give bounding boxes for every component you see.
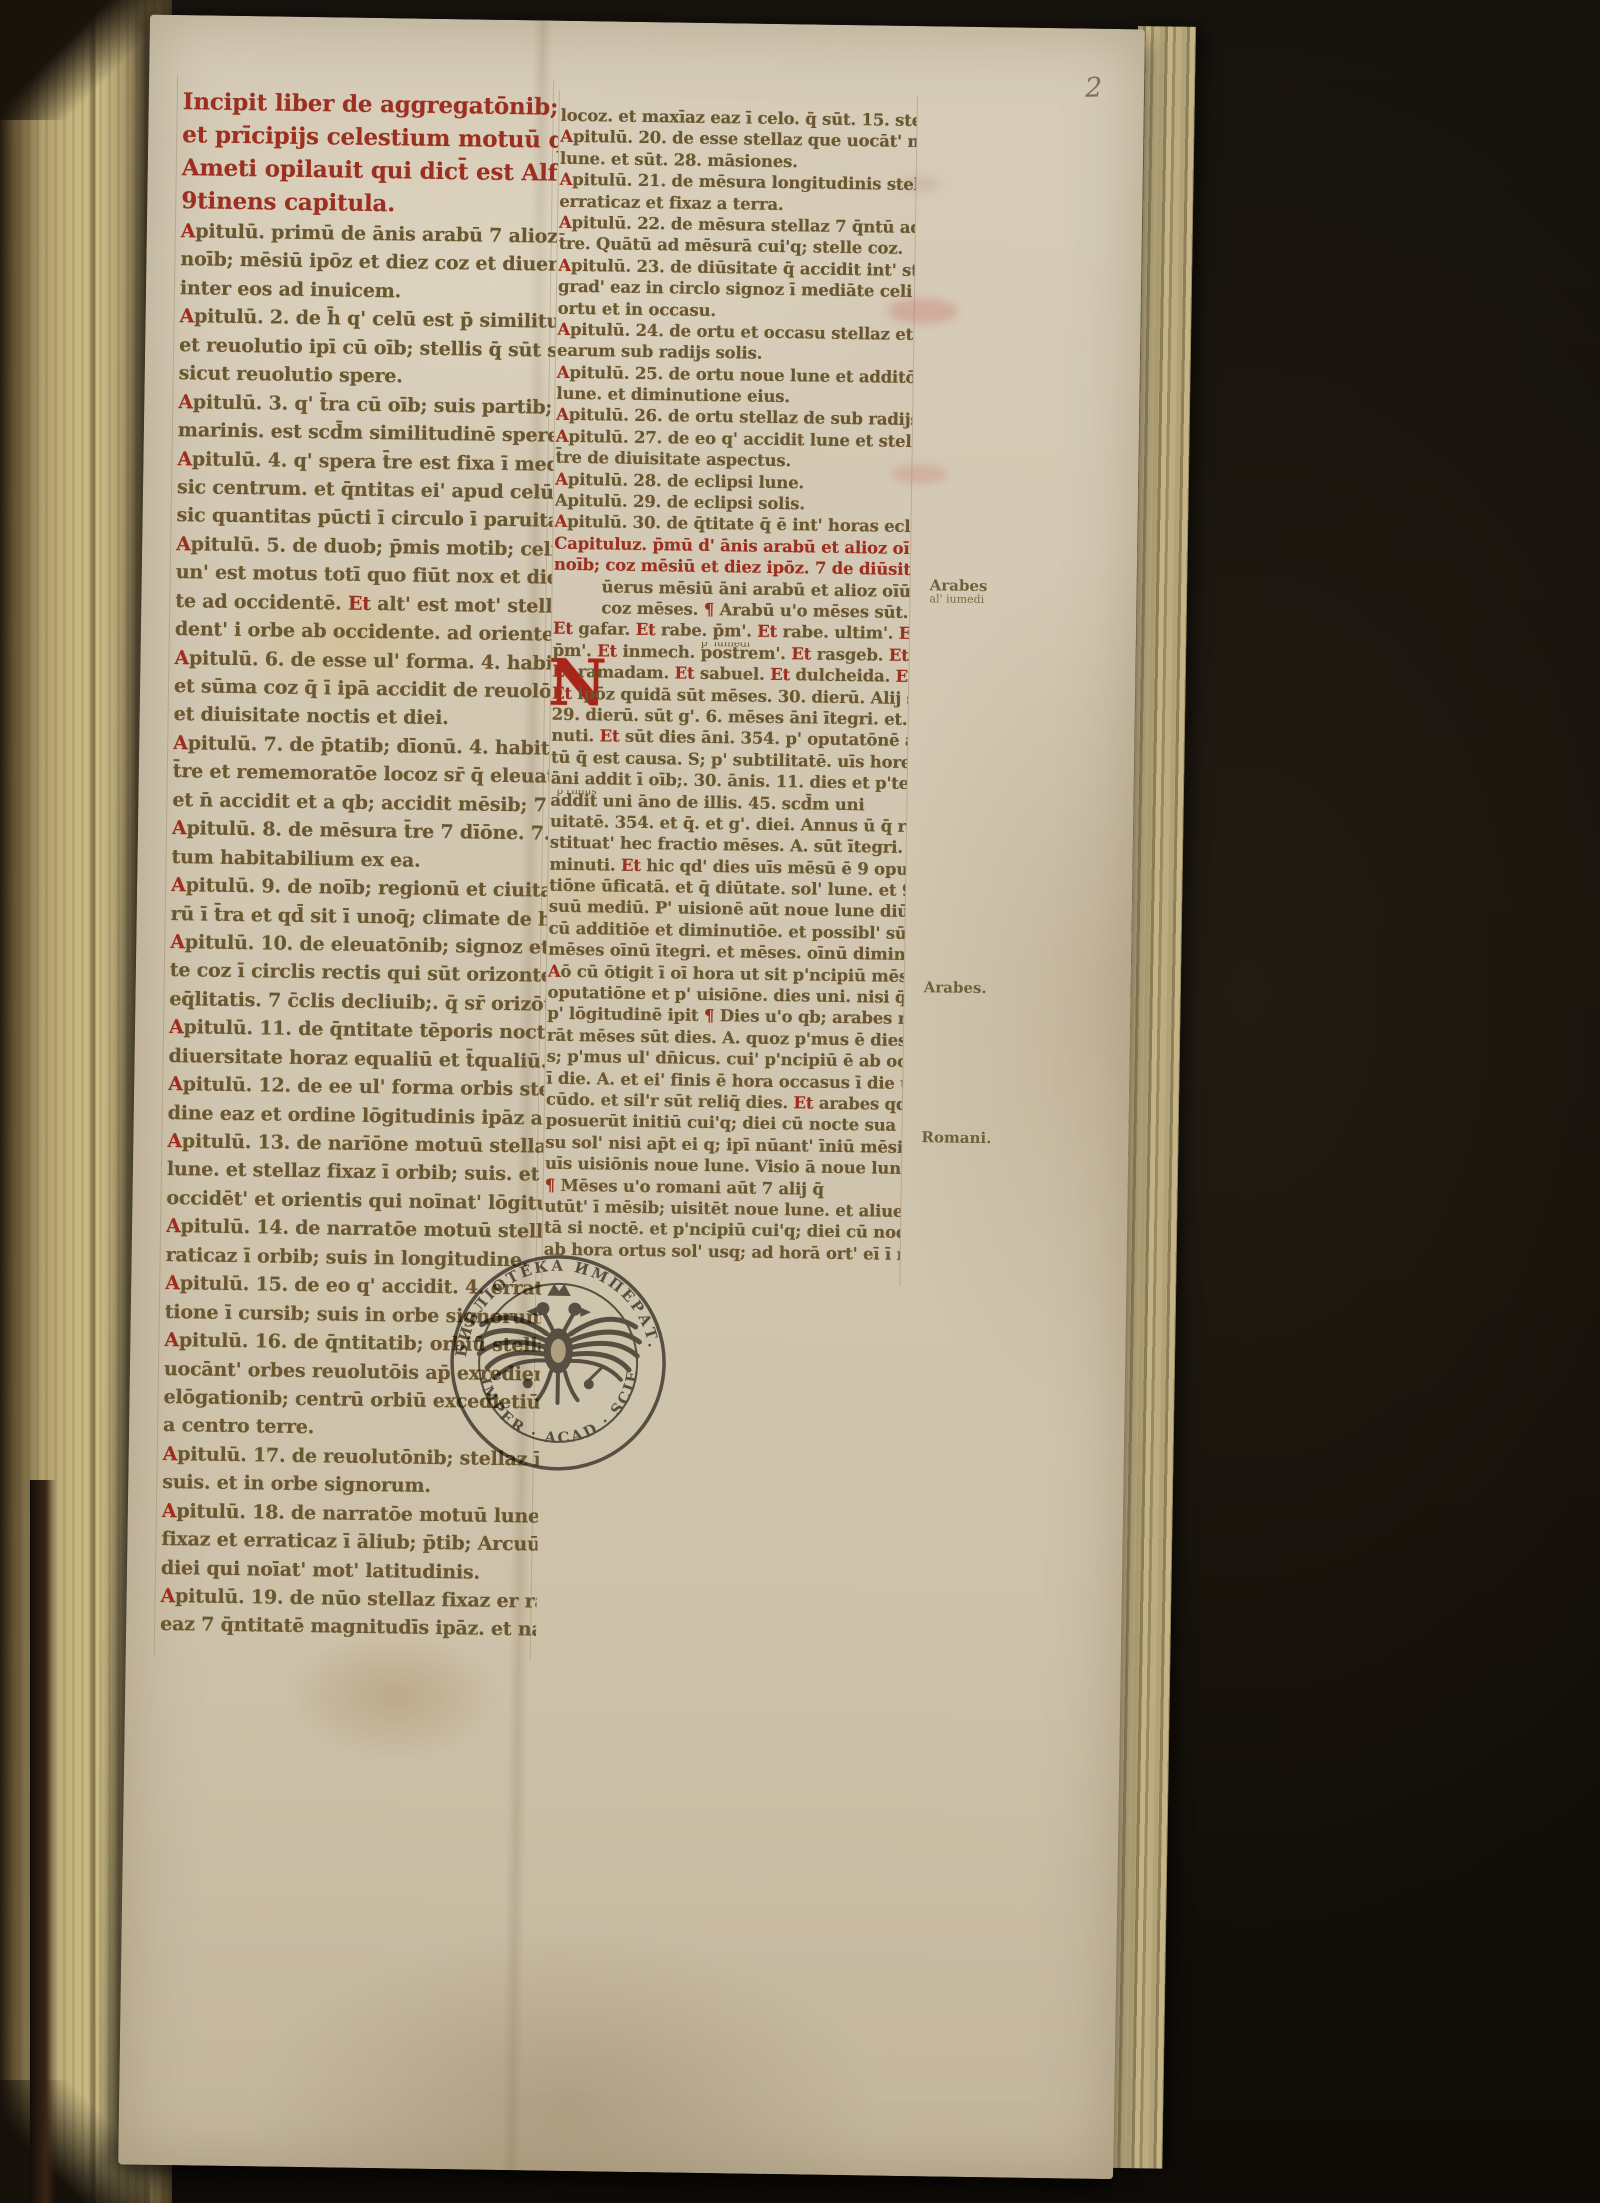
ink-segment: earum sub radijs solis. [557,341,762,363]
ink-segment: Apitulū. 12. de ee ul' forma orbis stell… [168,1073,544,1102]
ink-segment: te ad occidentē. [175,590,348,615]
rubric-segment: Et [552,683,572,702]
ink-segment: dent' i orbe ab occidente. ad orientem. [175,618,551,646]
rubric-segment: Et [674,664,694,683]
ink-segment: et sūma coz q̄ ī ipā accidit de reuolōne… [174,675,550,704]
ink-segment: occidēt' et orientis qui noīnat' lōgitud… [166,1187,542,1216]
ink-segment: lune. et stellaz fixaz ī orbib; suis. et… [167,1158,543,1188]
ink-segment: et n̄ accidit et a qb; accidit mēsib; 7 … [172,789,548,818]
ink-segment: Apitulū. 18. de narratōe motuū lune et s… [162,1500,538,1529]
rubric-line: Ameti opilauit qui dict̄ est Alfagranus.… [182,151,558,190]
ink-segment: sabuel. [694,664,770,684]
rubric-segment: Et [597,641,617,660]
margin-note: Arabes. [924,978,987,997]
ink-segment: lune. et sūt. 28. māsiones. [560,148,798,171]
ink-segment: Apitulū. 8. de mēsura t̄re 7 dīōne. 7. c… [172,817,548,846]
margin-notes [150,15,1145,30]
ink-segment: te coz ī circlis rectis qui sūt orizonte… [170,959,546,988]
ink-segment: nuti. [551,726,599,746]
rubric-line: 9tinens capitula. [181,184,557,223]
rubric-segment: Et [599,727,619,746]
ink-segment: arabes qd' sil'r [813,1094,902,1115]
ink-segment: erraticaz et fixaz a terra. [559,191,783,213]
rubric-segment: Et [899,624,909,643]
cover-crease [88,0,102,2203]
ink-segment: Arabū u'o mēses sūt. Almuharam. [719,600,909,623]
rubric-segment: Ameti opilauit qui dict̄ est Alfagranus.… [182,154,558,189]
ink-segment: ortu et in occasu. [558,298,716,319]
rubric-segment: Incipit liber de aggregatōnib; scīe stel… [183,88,559,123]
ink-segment: Apitulū. 3. q' t̄ra cū oīb; suis partib;… [178,391,554,419]
spine-edge [30,1480,56,2203]
interlinear-gloss: p'rimus [556,789,596,802]
ink-segment: a centro terre. [163,1414,314,1438]
rubric-segment: Et [895,667,908,686]
rubric-segment: ¶ [545,1175,561,1194]
parchment-page: 2 Incipit liber de aggregatōnib; scīe st… [118,15,1145,2180]
interlinear-gloss: p' iumedi [701,639,751,654]
ink-segment: lune. et diminutione eius. [556,384,790,406]
ink-segment: un' est motus totī quo fiūt nox et dies … [176,561,552,590]
rubric-segment: 9tinens capitula. [181,187,395,217]
ink-segment: Apitulū. 5. de duob; p̄mis motib; celi. … [176,533,552,562]
ink-segment: cūdo. et sil'r sūt reliq̄ dies. [546,1090,794,1113]
ink-segment: Apitulū. 10. de eleuatōnib; signoz et di… [170,931,546,960]
ink-segment: et reuolutio ipī cū oīb; stellis q̄ sūt … [179,334,555,363]
manuscript-photo: 2 Incipit liber de aggregatōnib; scīe st… [0,0,1600,2203]
ink-segment: hic qd' dies uīs mēsū ē 9 oputa [641,856,906,879]
ink-segment: fixaz et erraticaz ī āliub; p̄tib; Arcuū… [161,1528,537,1557]
ink-segment: coz mēses. [601,598,704,619]
ink-segment: sic centrum. et q̄ntitas ei' apud celū. … [177,476,553,504]
ink-segment: Apitulū. 4. q' spera t̄re est fixa ī med… [177,448,553,478]
margin-note-sub: al' iumedi [929,592,987,606]
rubric-segment: Et [791,644,811,663]
ink-segment: dulcheida. [790,665,896,686]
ink-segment: sic quantitas pūcti ī circulo ī paruitat… [176,504,552,532]
ink-segment: Apitulū. 9. de noīb; regionū et ciuitatū… [171,874,547,903]
ink-segment: Apitulū. 6. de esse ul' forma. 4. habita… [174,647,550,676]
ink-segment: rabe. p̄m'. [655,621,757,642]
rubric-line: et prīcipijs celestium motuū que Amet fi… [182,118,558,157]
ink-segment: diuersitate horaz equaliū et t̄qualiū. [168,1045,544,1073]
ink-segment: Apitulū. 14. de narratōe motuū stellaz. … [166,1215,542,1244]
rubric-segment: Et [348,592,371,614]
ink-segment: marinis. est scd̄m similitudinē spere. [178,419,554,447]
ink-segment: Apitulū. 11. de q̄ntitate tēporis noctis… [169,1016,545,1045]
ink-segment: p̄m'. [553,640,598,660]
rubric-segment: Et [757,622,777,641]
rubric-line: Incipit liber de aggregatōnib; scīe stel… [183,85,559,124]
ink-segment: sicut reuolutio spere. [179,362,403,387]
ink-segment: inter eos ad inuicem. [180,277,401,302]
rubric-segment: Et [889,645,909,664]
ink-segment: Apitulū. 19. de nūo stellaz fixaz er rat… [160,1585,536,1614]
ink-segment: t̄re et rememoratōe locoz sr̄ q̄ eleuat'… [173,760,549,789]
ink-segment: rabe. ultim'. [777,622,899,643]
ink-segment: et diuisitate noctis et diei. [174,703,449,729]
ink-segment: Apitulū. 7. de p̄tatib; dīonū. 4. habita… [173,732,549,760]
ink-segment: minuti. [549,854,621,874]
ink-segment: dine eaz et ordine lōgitudinis ipāz a te… [168,1102,544,1131]
double-headed-eagle-icon [477,1285,641,1404]
ink-segment: rū ī t̄ra et qd̄ sit ī unoq̄; climate de… [171,903,547,931]
rubric-segment: Et [621,855,641,874]
rubric-segment: Et [553,619,573,638]
ink-segment: eq̄litatis. 7 c̄clis decliuib;. q̄ sr̄ o… [169,988,545,1017]
ink-segment: noīb; mēsiū ipōz et diez coz et diuersit… [180,249,556,277]
rubric-segment: Et [770,665,790,684]
ink-segment: Apitulū. 29. de eclipsi solis. [555,491,805,514]
rubric-segment: Et [552,662,572,681]
ink-segment: t̄re de diuisitate aspectus. [555,448,791,470]
ink-segment: gafar. [573,619,636,639]
text-line: eaz 7 q̄ntitatē magnitudīs ipāz. et narr… [160,1610,536,1644]
ink-segment: tum habitabilium ex ea. [171,846,420,872]
ink-segment: rasgeb. [811,644,889,664]
ink-segment: ramadam. [572,662,675,683]
rubric-segment: ¶ [704,600,720,619]
ink-segment: Apitulū. primū de ānis arabū 7 alioz oīū… [181,220,557,249]
rubric-segment: ¶ [704,1006,720,1025]
library-stamp: БИБЛІОТЕКА ИМПЕРАТ. АКАДЕМІИ IMPER · ACA… [441,1246,674,1479]
ink-segment: Mēses u'o romani aūt 7 alij q̄ [560,1175,823,1198]
text-column-right: N locoz. et maxīaz eaz ī celo. q̄ sūt. 1… [544,105,917,1265]
ink-segment: alt' est mot' stellaz q̄ lucē in [371,593,552,619]
ink-segment: Apitulū. 13. de narīōne motuū stellaz so… [167,1130,543,1159]
rubric-segment: Et [793,1093,813,1112]
ink-segment: Apitulū. 28. de eclipsi lune. [555,469,804,492]
page-number: 2 [1085,72,1103,103]
ink-segment: suis. et in orbe signorum. [162,1471,431,1497]
ink-segment: p' lōgitudinē ipit [547,1004,704,1025]
ink-segment: Dies u'o qb; arabes nūe [720,1007,904,1029]
margin-note: Arabesal' iumedi [929,576,987,606]
ink-segment: Apitulū. 2. de h̄ q' celū est p̄ similit… [179,305,555,334]
margin-note: Romani. [921,1128,991,1147]
ink-segment: diei qui noīat' mot' latitudinis. [161,1557,480,1584]
rubric-segment: Et [635,620,655,639]
ink-segment: eaz 7 q̄ntitatē magnitudīs ipāz. et narr… [160,1613,536,1642]
